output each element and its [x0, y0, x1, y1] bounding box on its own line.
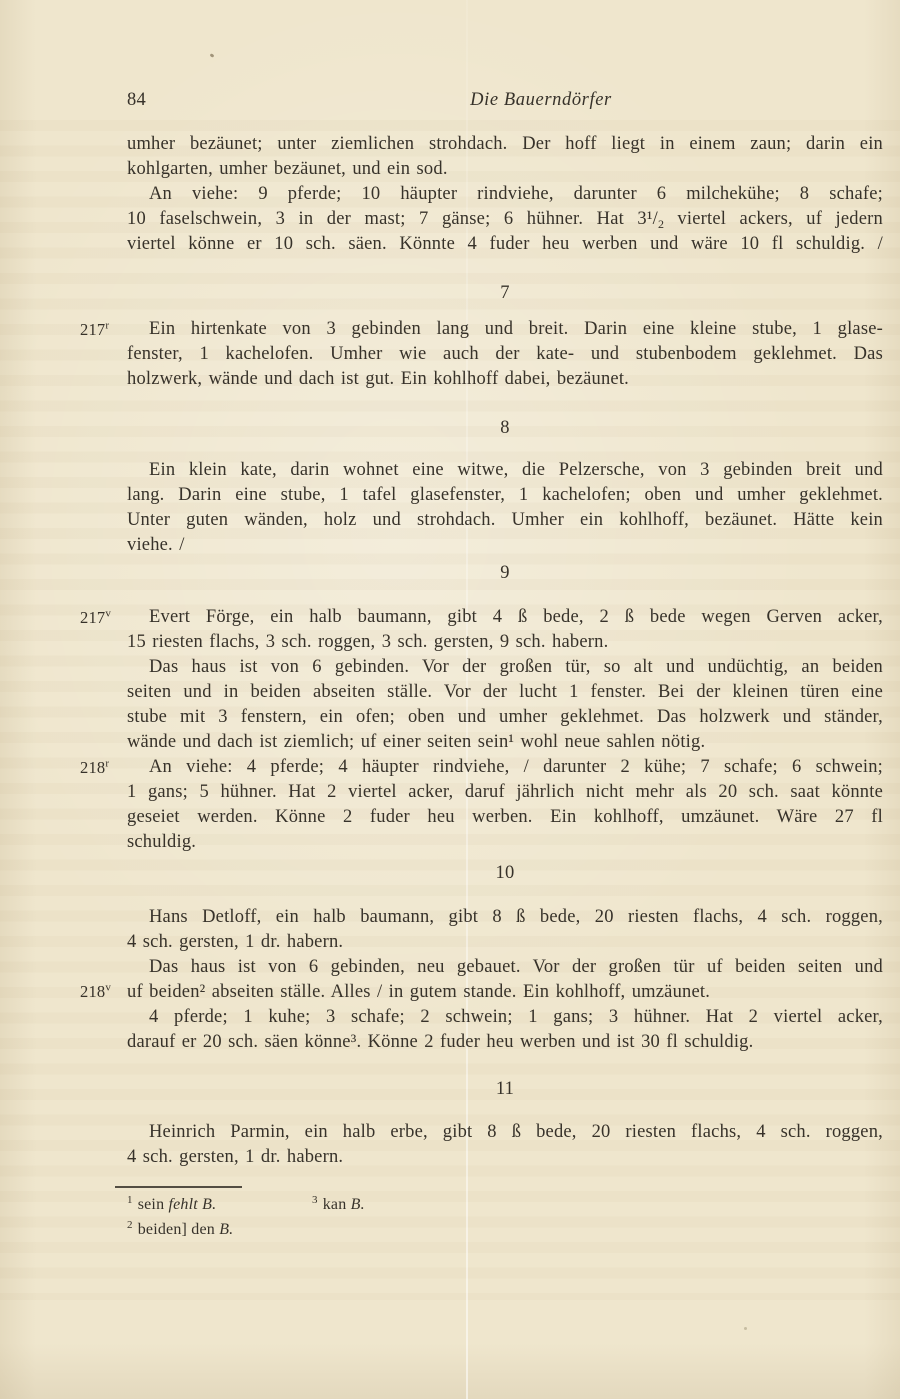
text-line: schuldig. — [127, 830, 883, 855]
section-10-text: Hans Detloff, ein halb baumann, gibt 8 ß… — [127, 905, 883, 1055]
text-line: Hans Detloff, ein halb baumann, gibt 8 ß… — [127, 905, 883, 930]
paragraph: Das haus ist von 6 gebinden. Vor der gro… — [127, 655, 883, 755]
section-number-11: 11 — [127, 1076, 883, 1102]
paper-speck — [744, 1327, 747, 1330]
text-line: viehe. / — [127, 533, 883, 558]
footnote-text: sein — [138, 1196, 169, 1213]
text-line: fenster, 1 kachelofen. Umher wie auch de… — [127, 342, 883, 367]
folio-number: 217 — [80, 320, 105, 339]
text-line: viertel könne er 10 sch. säen. Könnte 4 … — [127, 232, 883, 257]
footnote-1: 1sein fehlt B. — [127, 1192, 216, 1217]
text-line: 4 sch. gersten, 1 dr. habern. — [127, 1145, 883, 1170]
section-number-9: 9 — [127, 560, 883, 586]
folio-side: v — [105, 982, 111, 994]
text-line: stube mit 3 fenstern, ein ofen; oben und… — [127, 705, 883, 730]
folio-side: v — [105, 608, 111, 620]
text-line: 4 sch. gersten, 1 dr. habern. — [127, 930, 883, 955]
text-line: Heinrich Parmin, ein halb erbe, gibt 8 ß… — [127, 1120, 883, 1145]
text-line: holzwerk, wände und dach ist gut. Ein ko… — [127, 367, 883, 392]
text-line: Das haus ist von 6 gebinden, neu gebauet… — [127, 955, 883, 980]
footnote-italic-text: B. — [351, 1196, 365, 1213]
paragraph: Das haus ist von 6 gebinden, neu gebauet… — [127, 955, 883, 1005]
text-line: Unter guten wänden, holz und strohdach. … — [127, 508, 883, 533]
text-line: uf beiden² abseiten ställe. Alles / in g… — [127, 980, 883, 1005]
paragraph: Hans Detloff, ein halb baumann, gibt 8 ß… — [127, 905, 883, 955]
section-11-text: Heinrich Parmin, ein halb erbe, gibt 8 ß… — [127, 1120, 883, 1170]
running-title: Die Bauerndörfer — [163, 87, 900, 113]
footnote-row: 1sein fehlt B. 3kan B. — [127, 1192, 883, 1217]
intro-text: umher bezäunet; unter ziemlichen strohda… — [127, 132, 883, 257]
folio-side: r — [105, 758, 109, 770]
folio-number: 218 — [80, 982, 105, 1001]
folio-margin-note-217r: 217r — [80, 319, 126, 341]
text-line: 1 gans; 5 hühner. Hat 2 viertel acker, d… — [127, 780, 883, 805]
text-line: 4 pferde; 1 kuhe; 3 schafe; 2 schwein; 1… — [127, 1005, 883, 1030]
text-segment: viertel ackers, uf jedern — [664, 209, 883, 229]
text-line: Ein hirtenkate von 3 gebinden lang und b… — [127, 317, 883, 342]
paragraph: 4 pferde; 1 kuhe; 3 schafe; 2 schwein; 1… — [127, 1005, 883, 1055]
paragraph: Evert Förge, ein halb baumann, gibt 4 ß … — [127, 605, 883, 655]
paragraph: An viehe: 9 pferde; 10 häupter rindviehe… — [127, 182, 883, 257]
text-line-with-fraction: 10 faselschwein, 3 in der mast; 7 gänse;… — [127, 207, 883, 232]
text-line: umher bezäunet; unter ziemlichen strohda… — [127, 132, 883, 157]
paragraph: Ein klein kate, darin wohnet eine witwe,… — [127, 458, 883, 558]
text-line: seiten und in beiden abseiten ställe. Vo… — [127, 680, 883, 705]
text-segment: 10 faselschwein, 3 in der mast; 7 gänse;… — [127, 209, 658, 229]
section-7-text: Ein hirtenkate von 3 gebinden lang und b… — [127, 317, 883, 392]
footnote-text: beiden] den — [138, 1221, 219, 1238]
section-number-10: 10 — [127, 860, 883, 886]
footnotes: 1sein fehlt B. 3kan B. 2beiden] den B. — [127, 1192, 883, 1242]
text-line: An viehe: 4 pferde; 4 häupter rindviehe,… — [127, 755, 883, 780]
paragraph: umher bezäunet; unter ziemlichen strohda… — [127, 132, 883, 182]
footnote-marker: 3 — [312, 1194, 318, 1206]
folio-margin-note-218v: 218v — [80, 981, 126, 1003]
text-line: Das haus ist von 6 gebinden. Vor der gro… — [127, 655, 883, 680]
folio-margin-note-218r: 218r — [80, 757, 126, 779]
text-line: darauf er 20 sch. säen könne³. Könne 2 f… — [127, 1030, 883, 1055]
footnote-italic-text: B. — [219, 1221, 233, 1238]
text-line: Ein klein kate, darin wohnet eine witwe,… — [127, 458, 883, 483]
folio-side: r — [105, 320, 109, 332]
footnote-italic-text: fehlt B. — [168, 1196, 216, 1213]
text-line: wände und dach ist ziemlich; uf einer se… — [127, 730, 883, 755]
folio-number: 218 — [80, 758, 105, 777]
footnote-marker: 1 — [127, 1194, 133, 1206]
paper-speck — [210, 53, 215, 58]
footnote-marker: 2 — [127, 1219, 133, 1231]
footnote-2: 2beiden] den B. — [127, 1217, 233, 1242]
footnote-separator-rule — [115, 1186, 242, 1188]
page-number: 84 — [127, 87, 146, 113]
section-8-text: Ein klein kate, darin wohnet eine witwe,… — [127, 458, 883, 558]
text-line: kohlgarten, umher bezäunet, und ein sod. — [127, 157, 883, 182]
scanned-book-page: 84 Die Bauerndörfer umher bezäunet; unte… — [0, 0, 900, 1399]
text-line: An viehe: 9 pferde; 10 häupter rindviehe… — [127, 182, 883, 207]
footnote-text: kan — [323, 1196, 351, 1213]
text-line: Evert Förge, ein halb baumann, gibt 4 ß … — [127, 605, 883, 630]
folio-margin-note-217v: 217v — [80, 607, 126, 629]
section-number-7: 7 — [127, 280, 883, 306]
section-number-8: 8 — [127, 415, 883, 441]
paragraph: Ein hirtenkate von 3 gebinden lang und b… — [127, 317, 883, 392]
text-line: 15 riesten flachs, 3 sch. roggen, 3 sch.… — [127, 630, 883, 655]
paragraph: Heinrich Parmin, ein halb erbe, gibt 8 ß… — [127, 1120, 883, 1170]
page-header: 84 Die Bauerndörfer — [127, 87, 883, 113]
paragraph: An viehe: 4 pferde; 4 häupter rindviehe,… — [127, 755, 883, 855]
folio-number: 217 — [80, 608, 105, 627]
text-line: geseiet werden. Könne 2 fuder heu werben… — [127, 805, 883, 830]
text-line: lang. Darin eine stube, 1 tafel glasefen… — [127, 483, 883, 508]
footnote-row: 2beiden] den B. — [127, 1217, 883, 1242]
section-9-text: Evert Förge, ein halb baumann, gibt 4 ß … — [127, 605, 883, 855]
footnote-3: 3kan B. — [312, 1192, 365, 1217]
